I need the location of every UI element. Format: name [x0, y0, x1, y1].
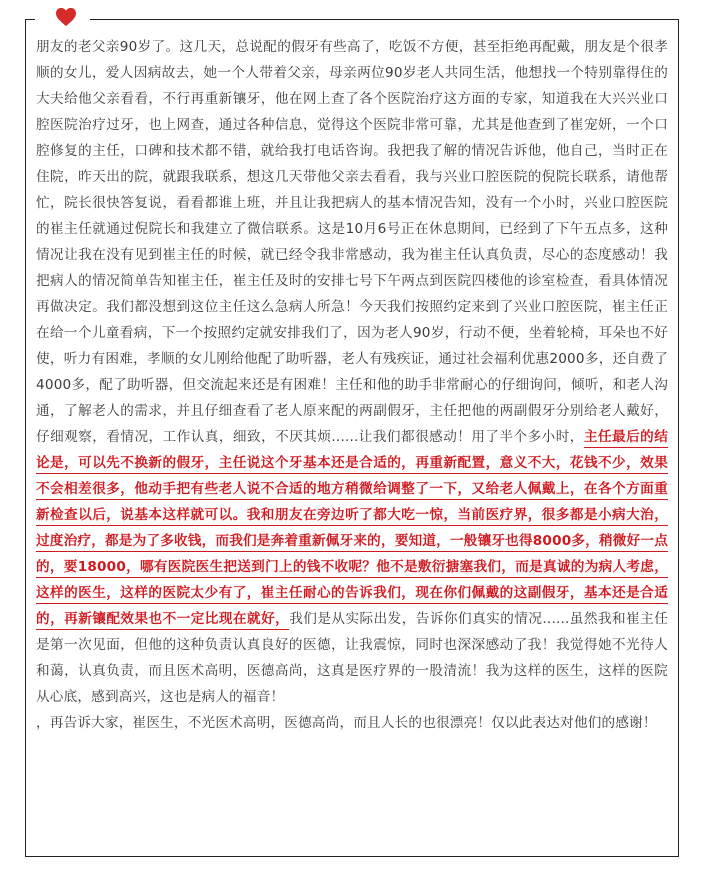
article-body: 朋友的老父亲90岁了。这几天，总说配的假牙有些高了，吃饭不方便，甚至拒绝再配戴，… — [36, 34, 668, 736]
paragraph-thanks: ，再告诉大家，崔医生，不光医术高明，医德高尚，而且人长的也很漂亮！仅以此表达对他… — [36, 710, 668, 736]
paragraph-main-intro: 朋友的老父亲90岁了。这几天，总说配的假牙有些高了，吃饭不方便，甚至拒绝再配戴，… — [36, 39, 668, 445]
highlighted-conclusion: 主任最后的结论是，可以先不换新的假牙，主任说这个牙基本还是合适的，再重新配置，意… — [36, 429, 668, 630]
paragraph-main: 朋友的老父亲90岁了。这几天，总说配的假牙有些高了，吃饭不方便，甚至拒绝再配戴，… — [36, 34, 668, 710]
